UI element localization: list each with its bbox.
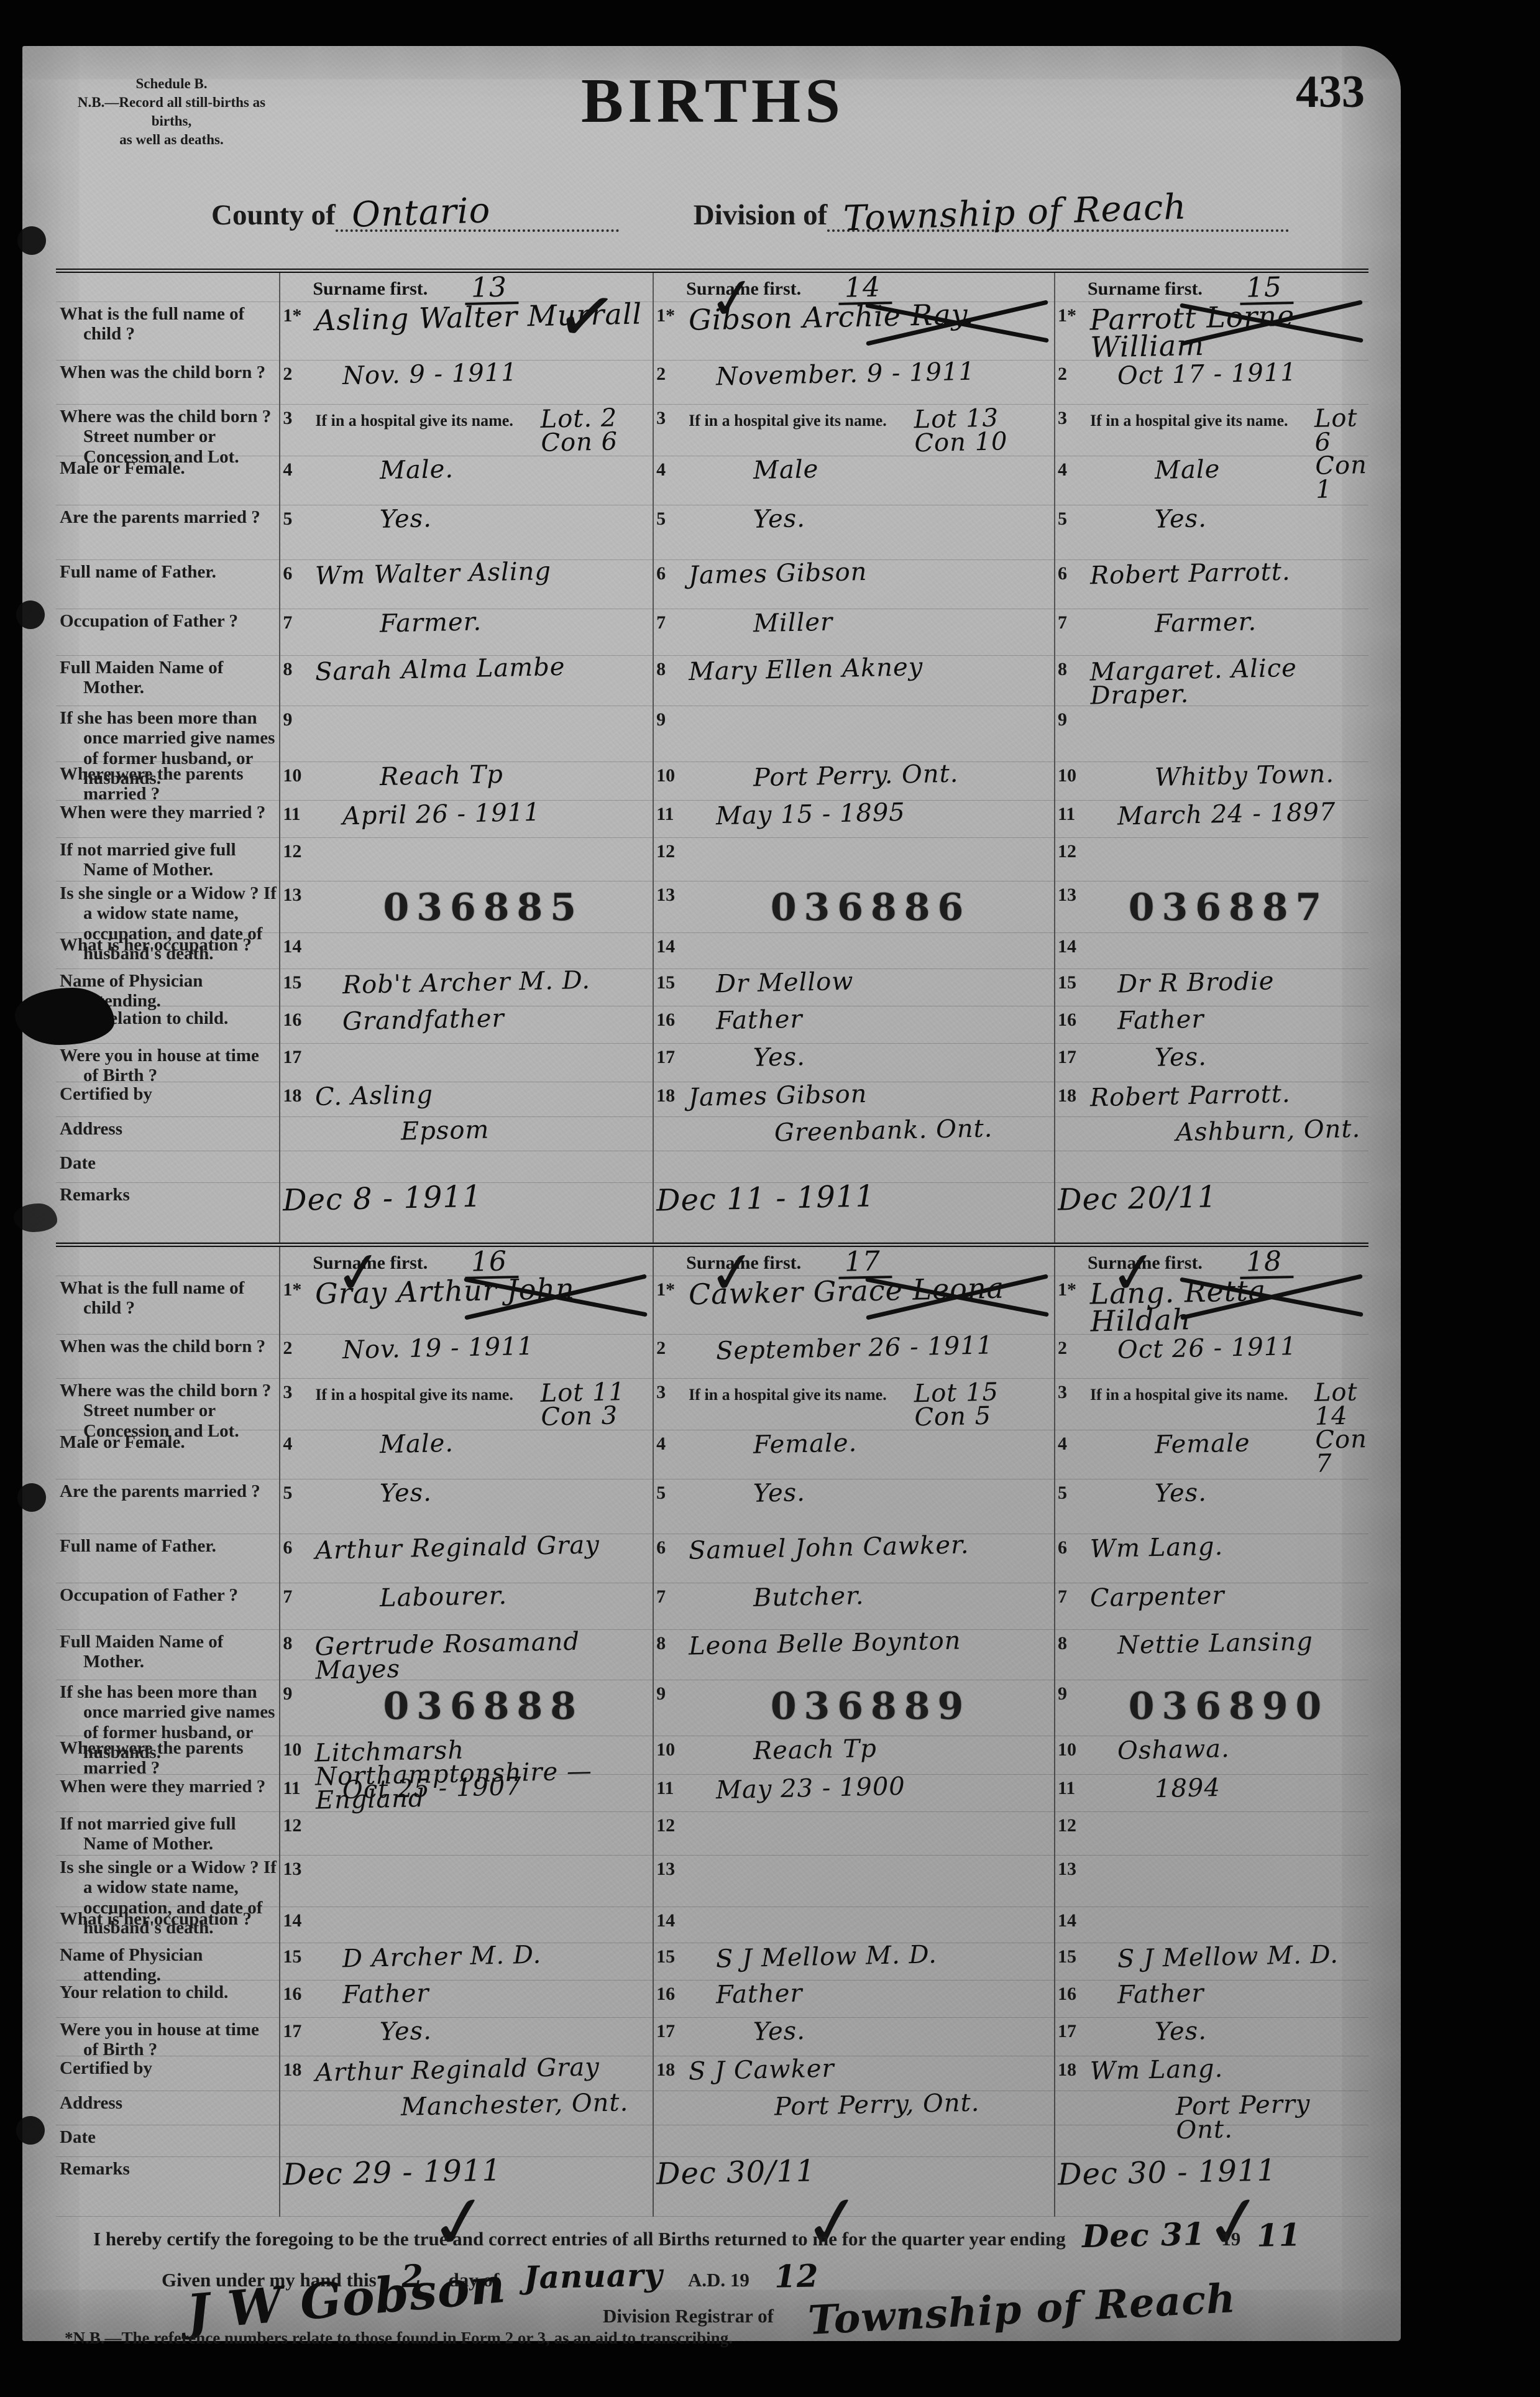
row-number: 18 (656, 1084, 689, 1106)
x-bar (1180, 1274, 1363, 1320)
question-label: When were they married ? (60, 1777, 265, 1797)
birth-location: Lot 11 Con 3 (540, 1379, 652, 1429)
registration-number-stamp: 036890 (1129, 1685, 1329, 1728)
row-number: 2 (283, 362, 315, 385)
hospital-note-label: If in a hospital give its name. (1090, 407, 1288, 430)
row-number: 18 (656, 2058, 689, 2081)
hospital-note-label: If in a hospital give its name. (1090, 1381, 1288, 1404)
row-number: 3 (656, 1381, 689, 1403)
father-name: James Gibson (689, 560, 868, 587)
question-label: Where were the parents married ? (60, 1738, 278, 1778)
question-label: Were you in house at time of Birth ? (60, 1046, 278, 1086)
relation-to-child: Father (716, 1982, 803, 2007)
where-married: Reach Tp (380, 763, 504, 789)
row-number: 1* (283, 1278, 315, 1300)
father-name: Samuel John Cawker. (689, 1533, 969, 1562)
row-number: 4 (283, 1432, 315, 1455)
row-number: 15 (656, 1945, 689, 1967)
row-number: 13 (283, 1857, 315, 1880)
row-number: 2 (1058, 362, 1090, 385)
page-title: BIRTHS (56, 65, 1370, 137)
mother-maiden-name: Sarah Alma Lambe (315, 655, 566, 684)
certify-line: I hereby certify the foregoing to be the… (93, 2220, 1301, 2250)
physician-name: D Archer M. D. (342, 1943, 542, 1971)
father-name: Wm Walter Asling (315, 559, 552, 588)
address-label: Address (60, 2093, 122, 2113)
row-number: 14 (656, 1909, 689, 1931)
row-number: 8 (283, 1632, 315, 1654)
entry-column-13: Surname first.13 1*Asling Walter Murrall… (279, 273, 653, 1243)
remarks-label: Remarks (60, 1185, 130, 1205)
question-label: Name of Physician attending. (60, 1945, 278, 1985)
question-label: When was the child born ? (60, 1337, 265, 1356)
sex: Male (753, 458, 819, 482)
row-number: 6 (1058, 562, 1090, 584)
row-number: 3 (1058, 1381, 1090, 1403)
row-number: 18 (1058, 1084, 1090, 1106)
sex: Female (1155, 1431, 1250, 1456)
question-label: What is her occupation ? (60, 935, 252, 955)
question-label: Full name of Father. (60, 562, 216, 582)
date-label: Date (60, 1153, 96, 1173)
question-label: Full Maiden Name of Mother. (60, 658, 278, 698)
birth-date: Nov. 19 - 1911 (342, 1335, 534, 1362)
row-number: 6 (656, 1536, 689, 1558)
question-label: Certified by (60, 2058, 152, 2078)
page-number: 433 (1296, 66, 1365, 119)
registration-number-stamp: 036887 (1129, 886, 1329, 929)
relation-to-child: Father (342, 1982, 429, 2007)
father-name: Wm Lang. (1090, 1535, 1224, 1561)
row-number: 17 (1058, 2020, 1090, 2042)
birth-location: Lot 13 Con 10 (914, 405, 1053, 456)
when-married: March 24 - 1897 (1117, 800, 1336, 828)
punch-hole (17, 226, 46, 255)
x-bar (1180, 300, 1363, 346)
row-number: 16 (283, 1982, 315, 2005)
county-value: Ontario (351, 194, 491, 232)
certified-address: Greenbank. Ont. (774, 1116, 993, 1144)
row-number: 15 (656, 971, 689, 993)
row-number: 8 (1058, 658, 1090, 680)
sex: Female. (753, 1431, 858, 1456)
father-occupation: Carpenter (1090, 1584, 1225, 1611)
parents-married: Yes. (1155, 507, 1208, 531)
row-number: 14 (283, 1909, 315, 1931)
certified-address: Port Perry, Ont. (774, 2091, 980, 2119)
row-number: 4 (1058, 458, 1090, 481)
question-label-column: What is the full name of child ? When wa… (56, 273, 279, 1243)
where-married: Reach Tp (753, 1737, 878, 1763)
birth-date: Oct 26 - 1911 (1117, 1335, 1297, 1362)
x-bar (464, 1274, 647, 1320)
row-number: 17 (1058, 1046, 1090, 1068)
strike-x-mark (864, 1272, 1050, 1321)
father-occupation: Farmer. (380, 610, 482, 635)
surname-first-label: Surname first. (283, 275, 428, 300)
question-label: If not married give full Name of Mother. (60, 1814, 278, 1854)
scanned-register-page: { "icons": { "check": "✓" }, "page": { "… (0, 0, 1540, 2397)
row-number: 6 (283, 1536, 315, 1558)
row-number: 18 (283, 1084, 315, 1106)
strike-x-mark (1178, 1272, 1365, 1321)
sex: Male (1155, 458, 1221, 482)
quarter-ending-value: Dec 31 (1081, 2219, 1206, 2252)
when-married: Oct 25 - 1907 (342, 1775, 522, 1802)
row-number: 14 (283, 935, 315, 957)
entry-column-16: Surname first.16✓ 1*Gray Arthur John 2No… (279, 1247, 653, 2217)
father-occupation: Farmer. (1155, 610, 1257, 635)
row-number: 9 (1058, 708, 1090, 730)
question-label: When was the child born ? (60, 362, 265, 382)
question-label: Where were the parents married ? (60, 764, 278, 804)
row-number: 7 (656, 611, 689, 633)
row-number: 15 (1058, 1945, 1090, 1967)
row-number: 18 (283, 2058, 315, 2081)
physician-name: S J Mellow M. D. (716, 1943, 938, 1971)
row-number: 17 (283, 1046, 315, 1068)
relation-to-child: Father (1117, 1008, 1204, 1033)
x-bar (866, 300, 1048, 346)
when-married: April 26 - 1911 (342, 801, 541, 829)
row-number: 2 (656, 1337, 689, 1359)
row-number: 4 (656, 458, 689, 481)
in-house-at-birth: Yes. (1155, 2019, 1208, 2044)
sex: Male. (380, 458, 454, 482)
row-number: 15 (283, 1945, 315, 1967)
row-number: 8 (283, 658, 315, 680)
row-number: 9 (283, 708, 315, 730)
year-value: 11 (1257, 2220, 1302, 2250)
county-label: County of (211, 198, 336, 232)
row-number: 2 (1058, 1337, 1090, 1359)
birth-date: September 26 - 1911 (716, 1333, 994, 1363)
row-number: 8 (1058, 1632, 1090, 1654)
birth-date: Nov. 9 - 1911 (342, 361, 518, 388)
ink-blot (15, 988, 114, 1045)
row-number: 9 (656, 708, 689, 730)
address-label: Address (60, 1119, 122, 1139)
row-number: 11 (283, 1777, 315, 1799)
question-label: Your relation to child. (60, 1982, 228, 2002)
when-married: May 15 - 1895 (716, 801, 905, 828)
row-number: 1* (283, 304, 315, 326)
birth-location: Lot. 2 Con 6 (540, 405, 652, 455)
registration-number-stamp: 036889 (771, 1685, 971, 1728)
row-number: 17 (283, 2020, 315, 2042)
registration-number-stamp: 036886 (771, 886, 971, 929)
row-number: 7 (283, 611, 315, 633)
certified-by: C. Asling (315, 1083, 434, 1109)
row-number: 7 (656, 1585, 689, 1608)
row-number: 12 (1058, 1814, 1090, 1836)
row-number: 8 (656, 658, 689, 680)
row-number: 1* (1058, 304, 1090, 326)
question-label: Are the parents married ? (60, 507, 260, 527)
row-number: 6 (1058, 1536, 1090, 1558)
registrar-label: Division Registrar of (603, 2305, 774, 2327)
row-number: 17 (656, 2020, 689, 2042)
month-value: January (524, 2260, 664, 2293)
division-label: Division of (694, 198, 827, 232)
question-label-column: What is the full name of child ? When wa… (56, 1247, 279, 2217)
question-label: Occupation of Father ? (60, 1585, 238, 1605)
strike-x-mark (1178, 298, 1365, 347)
row-number: 12 (1058, 840, 1090, 862)
row-number: 11 (1058, 1777, 1090, 1799)
row-number: 14 (656, 935, 689, 957)
parents-married: Yes. (753, 1481, 806, 1506)
row-number: 12 (656, 1814, 689, 1836)
date-label: Date (60, 2127, 96, 2147)
row-number: 3 (283, 1381, 315, 1403)
question-label: What is her occupation ? (60, 1909, 252, 1929)
certified-by: Robert Parrott. (1090, 1082, 1291, 1110)
remarks-date: Dec 20/11 (1058, 1183, 1217, 1215)
page-content: Schedule B. N.B.—Record all still-births… (22, 46, 1401, 2341)
row-number: 6 (283, 562, 315, 584)
row-number: 13 (656, 1857, 689, 1880)
physician-name: Rob't Archer M. D. (342, 968, 591, 997)
father-occupation: Butcher. (753, 1584, 864, 1610)
row-number: 5 (283, 1481, 315, 1504)
question-label: Full name of Father. (60, 1536, 216, 1556)
question-label: What is the full name of child ? (60, 304, 278, 344)
page-header: Schedule B. N.B.—Record all still-births… (56, 56, 1370, 269)
when-married: May 23 - 1900 (716, 1775, 905, 1802)
certified-by: S J Cawker (689, 2057, 835, 2084)
question-label: Are the parents married ? (60, 1481, 260, 1501)
registration-number-stamp: 036888 (383, 1685, 584, 1728)
register-section-bottom: What is the full name of child ? When wa… (56, 1243, 1368, 2217)
birth-location: Lot 15 Con 5 (914, 1379, 1053, 1430)
row-number: 11 (656, 1777, 689, 1799)
row-number: 3 (656, 407, 689, 429)
hospital-note-label: If in a hospital give its name. (689, 1381, 887, 1404)
mother-maiden-name: Nettie Lansing (1117, 1630, 1314, 1658)
registration-number-stamp: 036885 (383, 886, 584, 929)
row-number: 15 (283, 971, 315, 993)
row-number: 9 (283, 1682, 315, 1705)
birth-date: November. 9 - 1911 (716, 360, 976, 389)
row-number: 12 (283, 840, 315, 862)
division-value: Township of Reach (843, 190, 1187, 235)
certify-text: I hereby certify the foregoing to be the… (93, 2228, 1066, 2250)
row-number: 14 (1058, 1909, 1090, 1931)
question-label: Certified by (60, 1084, 152, 1104)
question-label: Male or Female. (60, 458, 185, 478)
row-number: 16 (656, 1982, 689, 2005)
father-occupation: Labourer. (380, 1584, 508, 1610)
surname-first-label: Surname first. (1058, 275, 1203, 300)
parents-married: Yes. (753, 507, 806, 531)
row-number: 13 (1058, 883, 1090, 906)
row-number: 5 (1058, 507, 1090, 530)
row-number: 8 (656, 1632, 689, 1654)
certified-address: Epsom (401, 1118, 490, 1144)
ink-smudge (14, 1203, 57, 1232)
row-number: 7 (1058, 1585, 1090, 1608)
strike-x-mark (462, 1272, 649, 1321)
row-number: 10 (1058, 764, 1090, 786)
question-label: Occupation of Father ? (60, 611, 238, 631)
row-number: 7 (283, 1585, 315, 1608)
year-printed: 19 (1221, 2228, 1240, 2250)
certified-by: Arthur Reginald Gray (315, 2055, 600, 2085)
certified-address: Ashburn, Ont. (1176, 1117, 1361, 1144)
question-label: If not married give full Name of Mother. (60, 840, 278, 880)
father-occupation: Miller (753, 610, 833, 636)
parents-married: Yes. (380, 507, 433, 531)
when-married: 1894 (1155, 1776, 1221, 1801)
row-number: 16 (656, 1008, 689, 1031)
row-number: 4 (283, 458, 315, 481)
ad-year-value: 12 (774, 2261, 819, 2291)
row-number: 7 (1058, 611, 1090, 633)
row-number: 9 (656, 1682, 689, 1705)
row-number: 15 (1058, 971, 1090, 993)
punch-hole (17, 1483, 46, 1512)
mother-maiden-name: Gertrude Rosamand Mayes (315, 1628, 652, 1682)
remarks-label: Remarks (60, 2159, 130, 2179)
certified-address: Manchester, Ont. (401, 2091, 629, 2119)
row-number: 12 (283, 1814, 315, 1836)
row-number: 5 (656, 507, 689, 530)
row-number: 18 (1058, 2058, 1090, 2081)
relation-to-child: Father (716, 1008, 803, 1033)
county-division-line: County of Ontario Division of Township o… (211, 196, 1289, 232)
row-number: 14 (1058, 935, 1090, 957)
question-label: Male or Female. (60, 1432, 185, 1452)
question-label: Were you in house at time of Birth ? (60, 2020, 278, 2060)
remarks-date: Dec 8 - 1911 (283, 1183, 482, 1215)
strike-x-mark (864, 298, 1050, 347)
relation-to-child: Father (1117, 1982, 1204, 2007)
mother-maiden-name: Margaret. Alice Draper. (1089, 655, 1368, 707)
row-number: 12 (656, 840, 689, 862)
physician-name: S J Mellow M. D. (1117, 1943, 1339, 1971)
row-number: 5 (283, 507, 315, 530)
where-married: Whitby Town. (1155, 762, 1335, 789)
row-number: 1* (656, 1278, 689, 1300)
row-number: 10 (283, 1738, 315, 1760)
row-number: 1* (656, 304, 689, 326)
entry-column-15: Surname first.15 1*Parrott Lorne William… (1054, 273, 1368, 1243)
reference-footnote: *N.B.—The reference numbers relate to th… (65, 2329, 733, 2348)
row-number: 3 (283, 407, 315, 429)
question-label: When were they married ? (60, 803, 265, 822)
question-label: Full Maiden Name of Mother. (60, 1632, 278, 1672)
row-number: 5 (1058, 1481, 1090, 1504)
punch-hole (16, 600, 45, 629)
where-married: Oshawa. (1117, 1737, 1230, 1763)
row-number: 17 (656, 1046, 689, 1068)
where-married: Port Perry. Ont. (753, 762, 959, 790)
row-number: 10 (656, 764, 689, 786)
row-number: 11 (656, 803, 689, 825)
x-bar (866, 1274, 1048, 1320)
in-house-at-birth: Yes. (753, 2019, 806, 2044)
parents-married: Yes. (380, 1481, 433, 1506)
hospital-note-label: If in a hospital give its name. (315, 1381, 513, 1404)
row-number: 2 (283, 1337, 315, 1359)
row-number: 16 (1058, 1982, 1090, 2005)
relation-to-child: Grandfather (342, 1006, 505, 1033)
register-section-top: What is the full name of child ? When wa… (56, 269, 1368, 1243)
hospital-note-label: If in a hospital give its name. (315, 407, 513, 430)
parents-married: Yes. (1155, 1481, 1208, 1506)
physician-name: Dr R Brodie (1117, 969, 1275, 996)
row-number: 3 (1058, 407, 1090, 429)
row-number: 11 (283, 803, 315, 825)
certification-block: I hereby certify the foregoing to be the… (56, 2217, 1370, 2357)
row-number: 5 (656, 1481, 689, 1504)
row-number: 4 (656, 1432, 689, 1455)
father-name: Arthur Reginald Gray (315, 1533, 600, 1563)
certified-by: James Gibson (689, 1082, 868, 1110)
row-number: 10 (283, 764, 315, 786)
row-number: 13 (656, 883, 689, 906)
mother-maiden-name: Mary Ellen Akney (689, 655, 924, 684)
row-number: 16 (283, 1008, 315, 1031)
row-number: 1* (1058, 1278, 1090, 1300)
in-house-at-birth: Yes. (753, 1045, 806, 1070)
row-number: 16 (1058, 1008, 1090, 1031)
in-house-at-birth: Yes. (380, 2019, 433, 2044)
entry-column-17: Surname first.17✓ 1*Cawker Grace Leona 2… (653, 1247, 1054, 2217)
row-number: 6 (656, 562, 689, 584)
remarks-date: Dec 30/11 (656, 2157, 816, 2189)
mother-maiden-name: Leona Belle Boynton (689, 1629, 961, 1658)
row-number: 13 (283, 883, 315, 906)
in-house-at-birth: Yes. (1155, 1045, 1208, 1070)
register-paper-sheet: Schedule B. N.B.—Record all still-births… (22, 46, 1401, 2341)
row-number: 10 (656, 1738, 689, 1760)
row-number: 9 (1058, 1682, 1090, 1705)
physician-name: Dr Mellow (716, 970, 854, 996)
hospital-note-label: If in a hospital give its name. (689, 407, 887, 430)
row-number: 10 (1058, 1738, 1090, 1760)
entry-column-14: Surname first.14✓ 1*Gibson Archie Ray. 2… (653, 273, 1054, 1243)
certified-by: Wm Lang. (1090, 2057, 1224, 2083)
birth-date: Oct 17 - 1911 (1117, 361, 1297, 388)
punch-hole (16, 2116, 45, 2145)
question-label: What is the full name of child ? (60, 1278, 278, 1318)
row-number: 2 (656, 362, 689, 385)
father-name: Robert Parrott. (1090, 560, 1291, 588)
sex: Male. (380, 1432, 454, 1456)
row-number: 11 (1058, 803, 1090, 825)
remarks-date: Dec 11 - 1911 (656, 1182, 876, 1215)
row-number: 4 (1058, 1432, 1090, 1455)
registrar-division-value: Township of Reach (807, 2280, 1237, 2340)
check-mark-icon: ✓ (551, 270, 623, 363)
row-number: 13 (1058, 1857, 1090, 1880)
ad-text: A.D. 19 (688, 2269, 749, 2291)
entry-column-18: Surname first.18✓ 1*Lang. Retta Hildah 2… (1054, 1247, 1368, 2217)
